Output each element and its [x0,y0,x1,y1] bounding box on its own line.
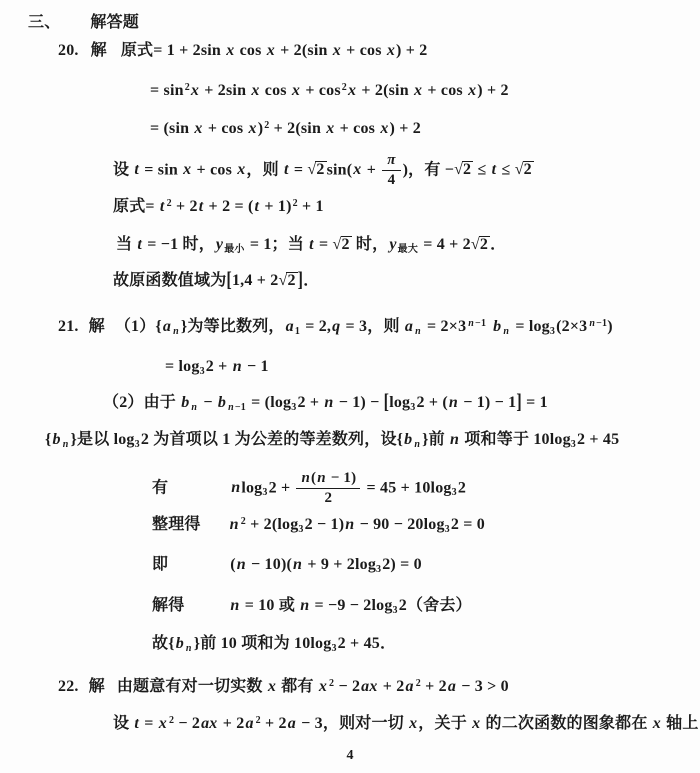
p21-step-2: = log32 + n − 1 [165,356,269,378]
p21-step-9: 故{bn}前 10 项和为 10log32 + 45． [152,633,396,655]
p20-step-2: = sin2x + 2sin x cos x + cos2x + 2(sin x… [150,80,509,102]
p21-step-6: 整理得n2 + 2(log32 − 1)n − 90 − 20log32 = 0 [152,514,485,536]
p20-step-7: 故原函数值域为[1,4 + 2√2]． [113,270,319,292]
p20-step-6: 当 t = −1 时，y最小 = 1；当 t = √2 时，y最大 = 4 + … [116,234,506,256]
p21-step-5: 有nlog32 + n(n − 1)2 = 45 + 10log32 [152,470,466,508]
page-number: 4 [0,748,700,764]
p21-step-8: 解得n = 10 或 n = −9 − 2log32（舍去） [152,595,472,617]
p21-step-4: {bn}是以 log32 为首项以 1 为公差的等差数列，设{bn}前 n 项和… [45,429,619,451]
p21-step-7: 即(n − 10)(n + 9 + 2log32) = 0 [152,554,422,576]
document-page: 三、解答题20.解原式= 1 + 2sin x cos x + 2(sin x … [0,0,700,773]
p20-step-1: 20.解原式= 1 + 2sin x cos x + 2(sin x + cos… [58,40,428,62]
p20-step-5: 原式= t2 + 2t + 2 = (t + 1)2 + 1 [113,196,324,218]
p22-step-1: 22.解由题意有对一切实数 x 都有 x2 − 2ax + 2a2 + 2a −… [58,676,509,698]
p21-step-3: （2）由于 bn − bn−1 = (log32 + n − 1) − [log… [103,392,548,414]
p21-step-1: 21.解（1）{an}为等比数列，a1 = 2,q = 3，则 an = 2×3… [58,316,613,338]
section-heading: 三、解答题 [28,12,139,34]
p20-step-3: = (sin x + cos x)2 + 2(sin x + cos x) + … [150,118,421,140]
p20-step-4: 设 t = sin x + cos x，则 t = √2sin(x + π4)，… [113,152,534,190]
p22-step-2: 设 t = x2 − 2ax + 2a2 + 2a − 3，则对一切 x，关于 … [113,713,699,735]
